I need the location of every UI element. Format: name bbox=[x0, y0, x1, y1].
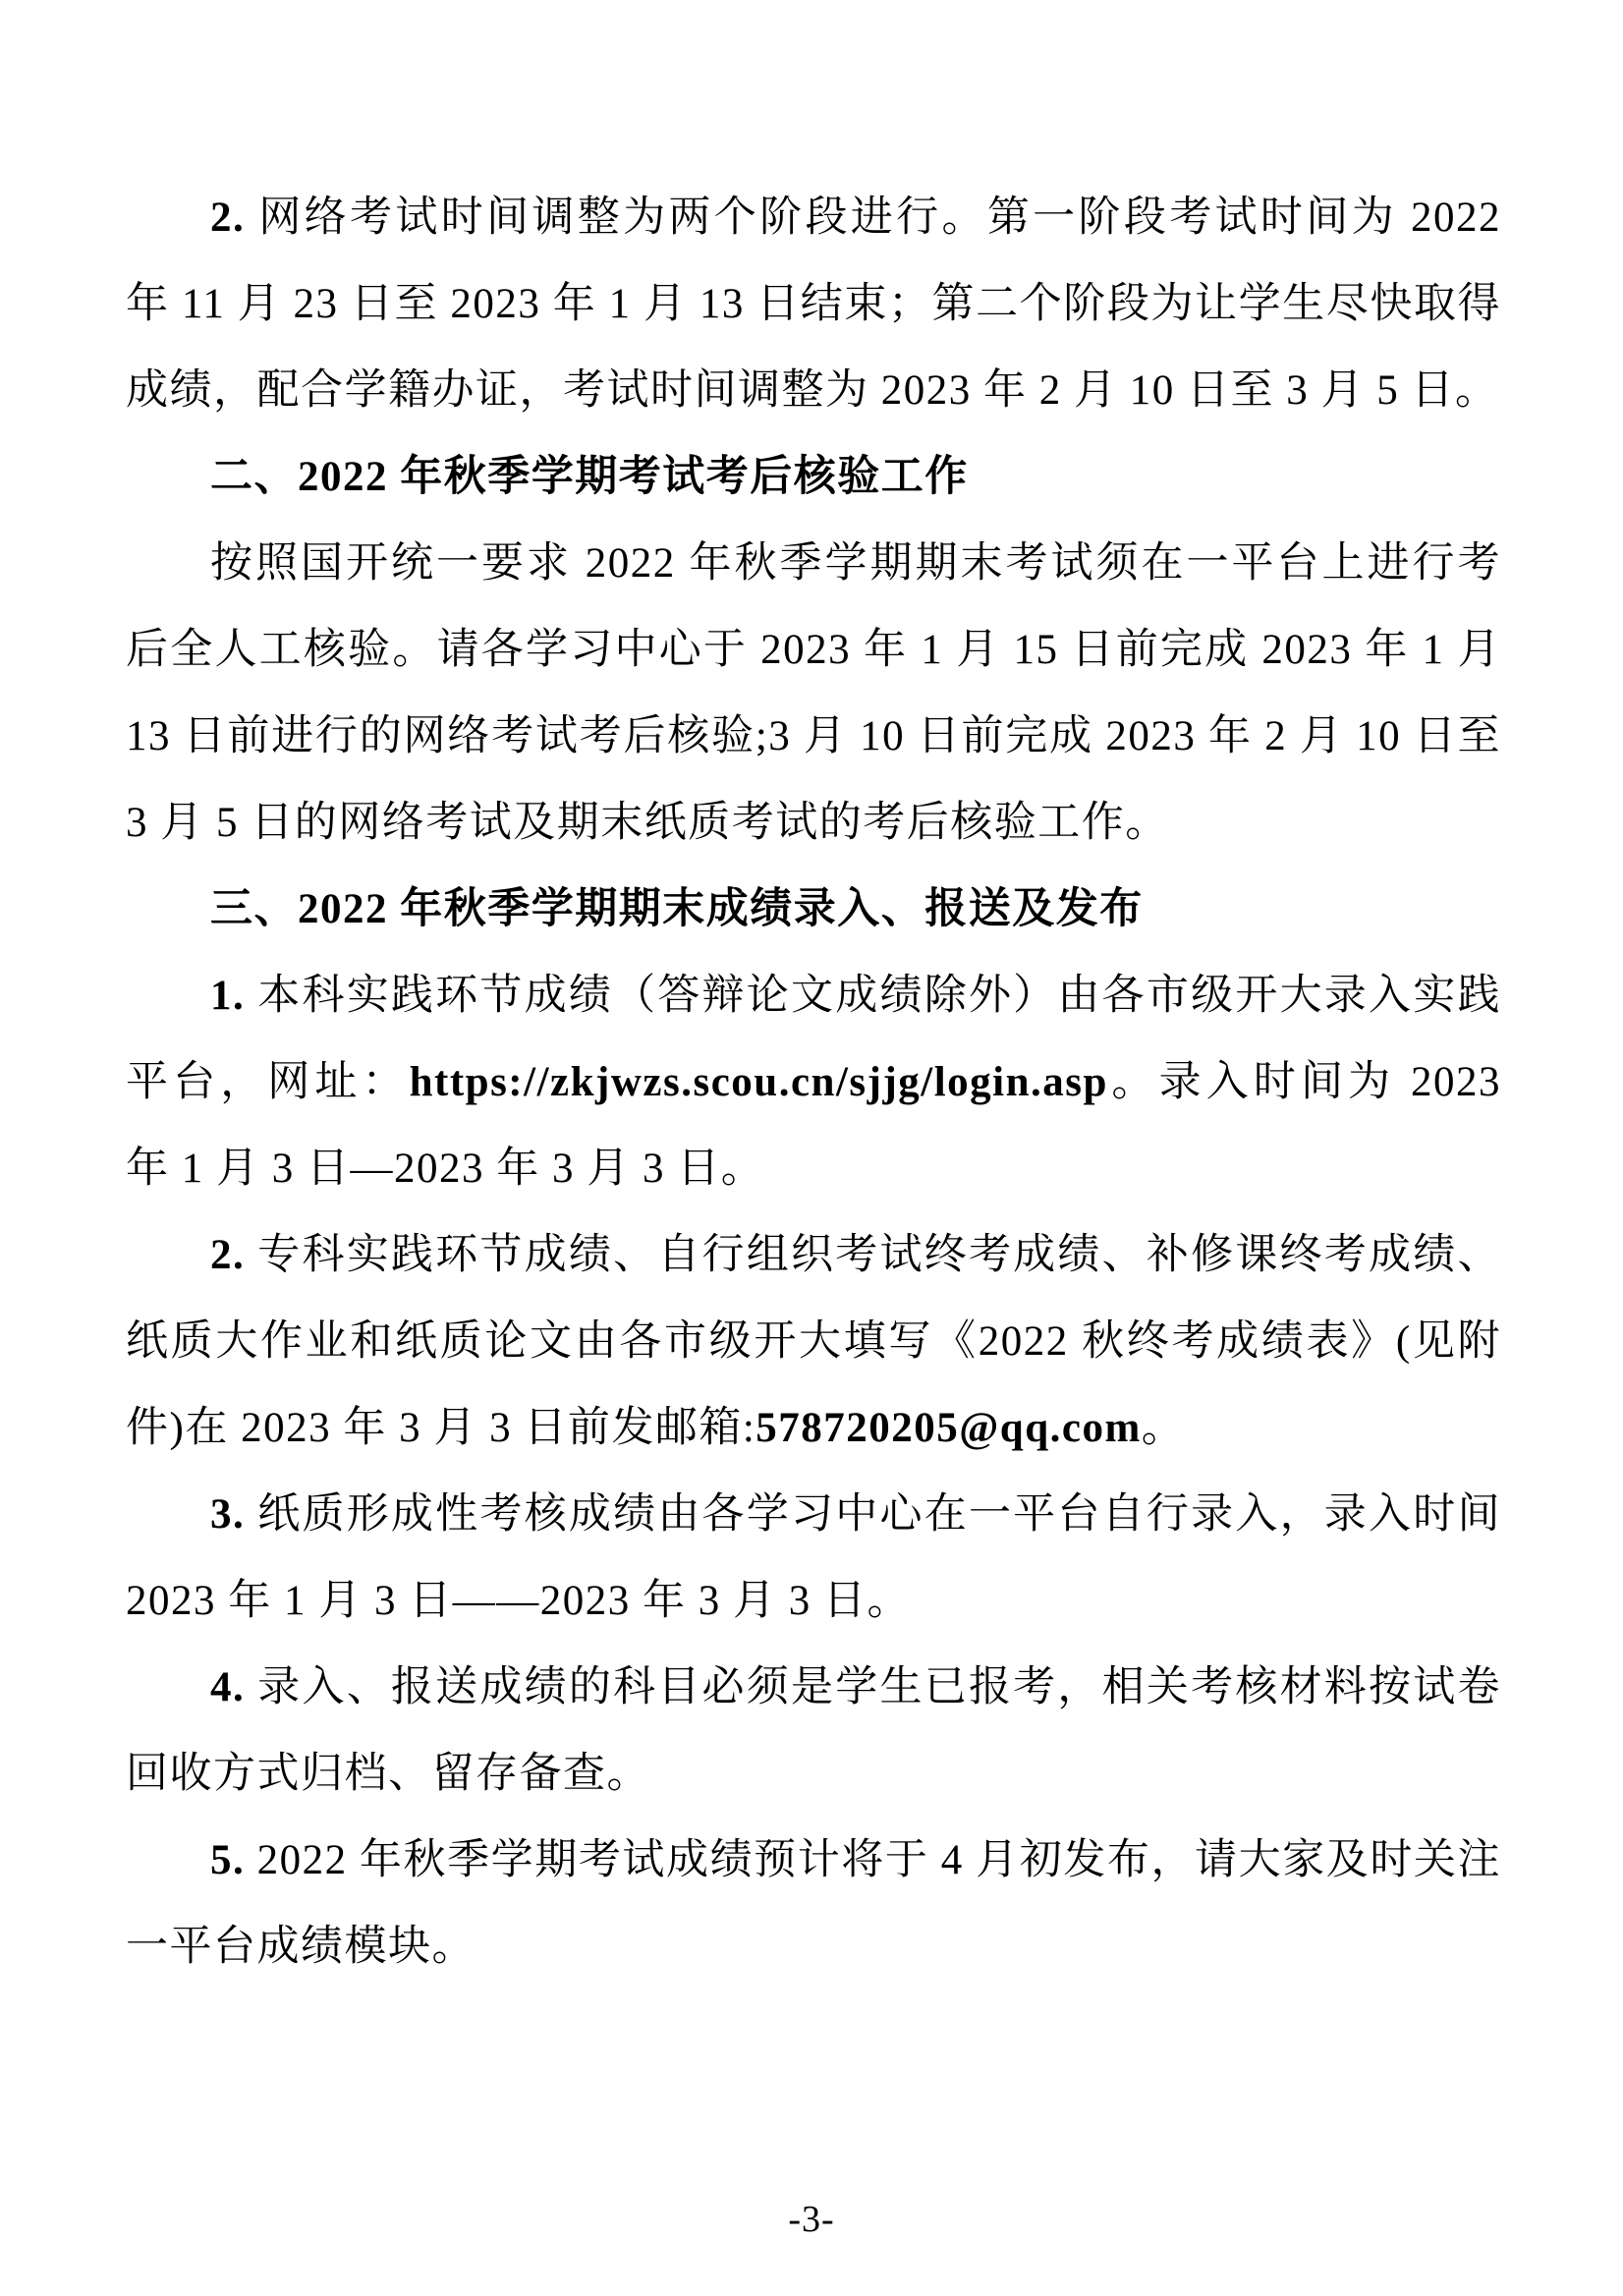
heading-text: 二、2022 年秋季学期考试考后核验工作 bbox=[210, 454, 969, 500]
text-run: 录入、报送成绩的科目必须是学生已报考，相关考核材料按试卷回收方式归档、留存备查。 bbox=[126, 1664, 1501, 1797]
platform-url: https://zkjwzs.scou.cn/sjjg/login.asp bbox=[410, 1059, 1108, 1105]
text-run: 网络考试时间调整为两个阶段进行。第一阶段考试时间为 2022 年 11 月 23… bbox=[126, 195, 1501, 414]
paragraph-undergrad-practice-scores: 1. 本科实践环节成绩（答辩论文成绩除外）由各市级开大录入实践平台，网址：htt… bbox=[126, 953, 1501, 1212]
paragraph-network-exam-schedule: 2. 网络考试时间调整为两个阶段进行。第一阶段考试时间为 2022 年 11 月… bbox=[126, 175, 1501, 434]
paragraph-paper-formative-scores: 3. 纸质形成性考核成绩由各学习中心在一平台自行录入，录入时间 2023 年 1… bbox=[126, 1472, 1501, 1645]
text-run: 按照国开统一要求 2022 年秋季学期期末考试须在一平台上进行考后全人工核验。请… bbox=[126, 540, 1501, 846]
list-number: 4. bbox=[210, 1664, 257, 1710]
page-number: -3- bbox=[0, 2198, 1623, 2241]
text-run: 纸质形成性考核成绩由各学习中心在一平台自行录入，录入时间 2023 年 1 月 … bbox=[126, 1491, 1501, 1624]
list-number: 5. bbox=[210, 1837, 257, 1883]
document-page: 2. 网络考试时间调整为两个阶段进行。第一阶段考试时间为 2022 年 11 月… bbox=[0, 0, 1623, 2296]
paragraph-registered-subjects-archiving: 4. 录入、报送成绩的科目必须是学生已报考，相关考核材料按试卷回收方式归档、留存… bbox=[126, 1645, 1501, 1818]
section-heading-score-entry-publishing: 三、2022 年秋季学期期末成绩录入、报送及发布 bbox=[126, 867, 1501, 953]
paragraph-verification-requirements: 按照国开统一要求 2022 年秋季学期期末考试须在一平台上进行考后全人工核验。请… bbox=[126, 521, 1501, 867]
paragraph-college-practice-scores: 2. 专科实践环节成绩、自行组织考试终考成绩、补修课终考成绩、纸质大作业和纸质论… bbox=[126, 1212, 1501, 1472]
paragraph-score-release-notice: 5. 2022 年秋季学期考试成绩预计将于 4 月初发布，请大家及时关注一平台成… bbox=[126, 1818, 1501, 1990]
list-number: 2. bbox=[210, 1232, 257, 1278]
list-number: 1. bbox=[210, 973, 257, 1019]
email-address: 578720205@qq.com bbox=[756, 1405, 1141, 1451]
section-heading-post-exam-verification: 二、2022 年秋季学期考试考后核验工作 bbox=[126, 434, 1501, 521]
text-run: 。 bbox=[1142, 1405, 1186, 1451]
document-body: 2. 网络考试时间调整为两个阶段进行。第一阶段考试时间为 2022 年 11 月… bbox=[126, 175, 1501, 1990]
text-run: 2022 年秋季学期考试成绩预计将于 4 月初发布，请大家及时关注一平台成绩模块… bbox=[126, 1837, 1501, 1970]
list-number: 2. bbox=[210, 195, 258, 241]
heading-text: 三、2022 年秋季学期期末成绩录入、报送及发布 bbox=[210, 886, 1144, 932]
list-number: 3. bbox=[210, 1491, 257, 1538]
